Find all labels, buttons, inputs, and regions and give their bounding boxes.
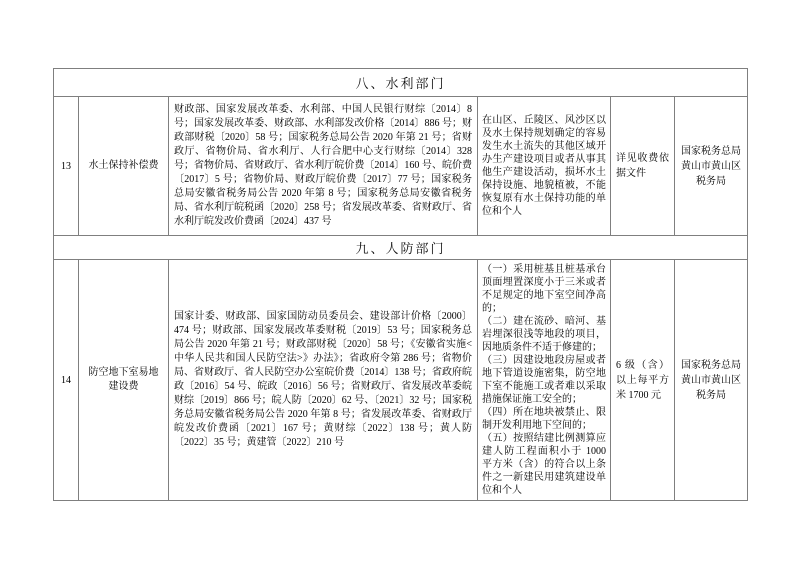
row-13-fee-name: 水土保持补偿费 (79, 97, 169, 236)
row-13-collecting-agency: 国家税务总局黄山市黄山区税务局 (675, 97, 748, 236)
row-13-policy-basis: 财政部、国家发展改革委、水利部、中国人民银行财综〔2014〕8 号；国家发展改革… (169, 97, 478, 236)
row-14-collecting-agency: 国家税务总局黄山市黄山区税务局 (675, 260, 748, 501)
row-14-policy-basis: 国家计委、财政部、国家国防动员委员会、建设部计价格〔2000〕474 号；财政部… (169, 260, 478, 501)
table-row: 14 防空地下室易地建设费 国家计委、财政部、国家国防动员委员会、建设部计价格〔… (54, 260, 748, 501)
fee-schedule-table: 八、水利部门 13 水土保持补偿费 财政部、国家发展改革委、水利部、中国人民银行… (53, 68, 748, 501)
row-14-number: 14 (54, 260, 79, 501)
row-14-fee-standard: 6 级（含）以上每平方米 1700 元 (611, 260, 675, 501)
row-14-fee-name: 防空地下室易地建设费 (79, 260, 169, 501)
section-title-water: 八、水利部门 (54, 69, 748, 97)
section-title-air-defense: 九、人防部门 (54, 236, 748, 260)
table-row: 13 水土保持补偿费 财政部、国家发展改革委、水利部、中国人民银行财综〔2014… (54, 97, 748, 236)
row-13-fee-standard: 详见收费依据文件 (611, 97, 675, 236)
row-13-payer-scope: 在山区、丘陵区、风沙区以及水土保持规划确定的容易发生水土流失的其他区域开办生产建… (478, 97, 611, 236)
section-header-row-air-defense: 九、人防部门 (54, 236, 748, 260)
row-13-number: 13 (54, 97, 79, 236)
row-14-payer-scope: （一）采用桩基且桩基承台顶面埋置深度小于三米或者不足规定的地下室空间净高的； （… (478, 260, 611, 501)
section-header-row-water: 八、水利部门 (54, 69, 748, 97)
document-page: { "accent_colors": { "page_background": … (0, 0, 800, 565)
